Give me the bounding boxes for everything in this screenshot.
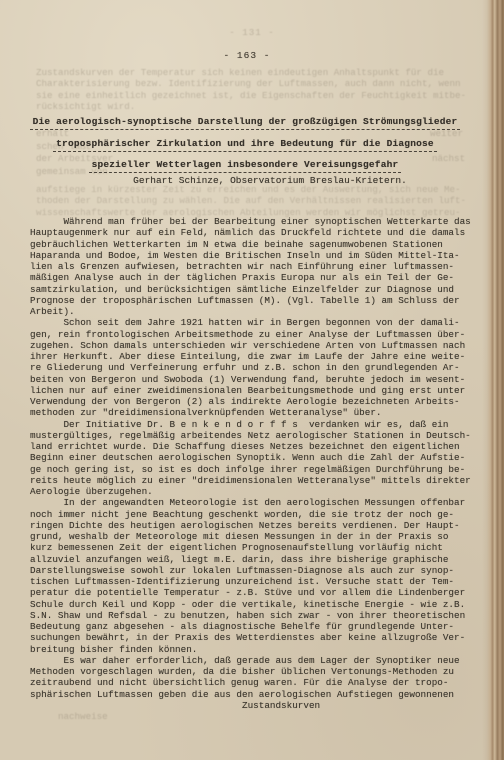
bleed-through-paragraph-mid: aufstiege in kürzester Zeit zu erreichen… (36, 184, 466, 218)
article-title-line-2: troposphärischer Zirkulation und ihre Be… (53, 138, 437, 152)
body-text: Während man früher bei der Bearbeitung e… (30, 216, 471, 711)
scanned-document-page: - 131 - Zustandskurven der Temperatur si… (0, 0, 504, 760)
page-number: - 163 - (0, 50, 494, 61)
article-title: Die aerologisch-synoptische Darstellung … (0, 111, 490, 130)
author-line: Gerhart Schinze, Observatorium Breslau-K… (36, 175, 504, 186)
article-title-line-1: Die aerologisch-synoptische Darstellung … (30, 116, 461, 130)
bleed-through-paragraph-top: Zustandskurven der Temperatur sich keine… (36, 67, 466, 112)
article-title: troposphärischer Zirkulation und ihre Be… (0, 133, 490, 152)
page-edge-shadow (482, 0, 504, 760)
bleed-through-fragment: nachweise (58, 711, 108, 722)
article-title: spezieller Wetterlagen insbesondere Vere… (0, 154, 490, 173)
bleed-through-page-number: - 131 - (0, 27, 504, 38)
article-title-line-3: spezieller Wetterlagen insbesondere Vere… (89, 159, 402, 173)
